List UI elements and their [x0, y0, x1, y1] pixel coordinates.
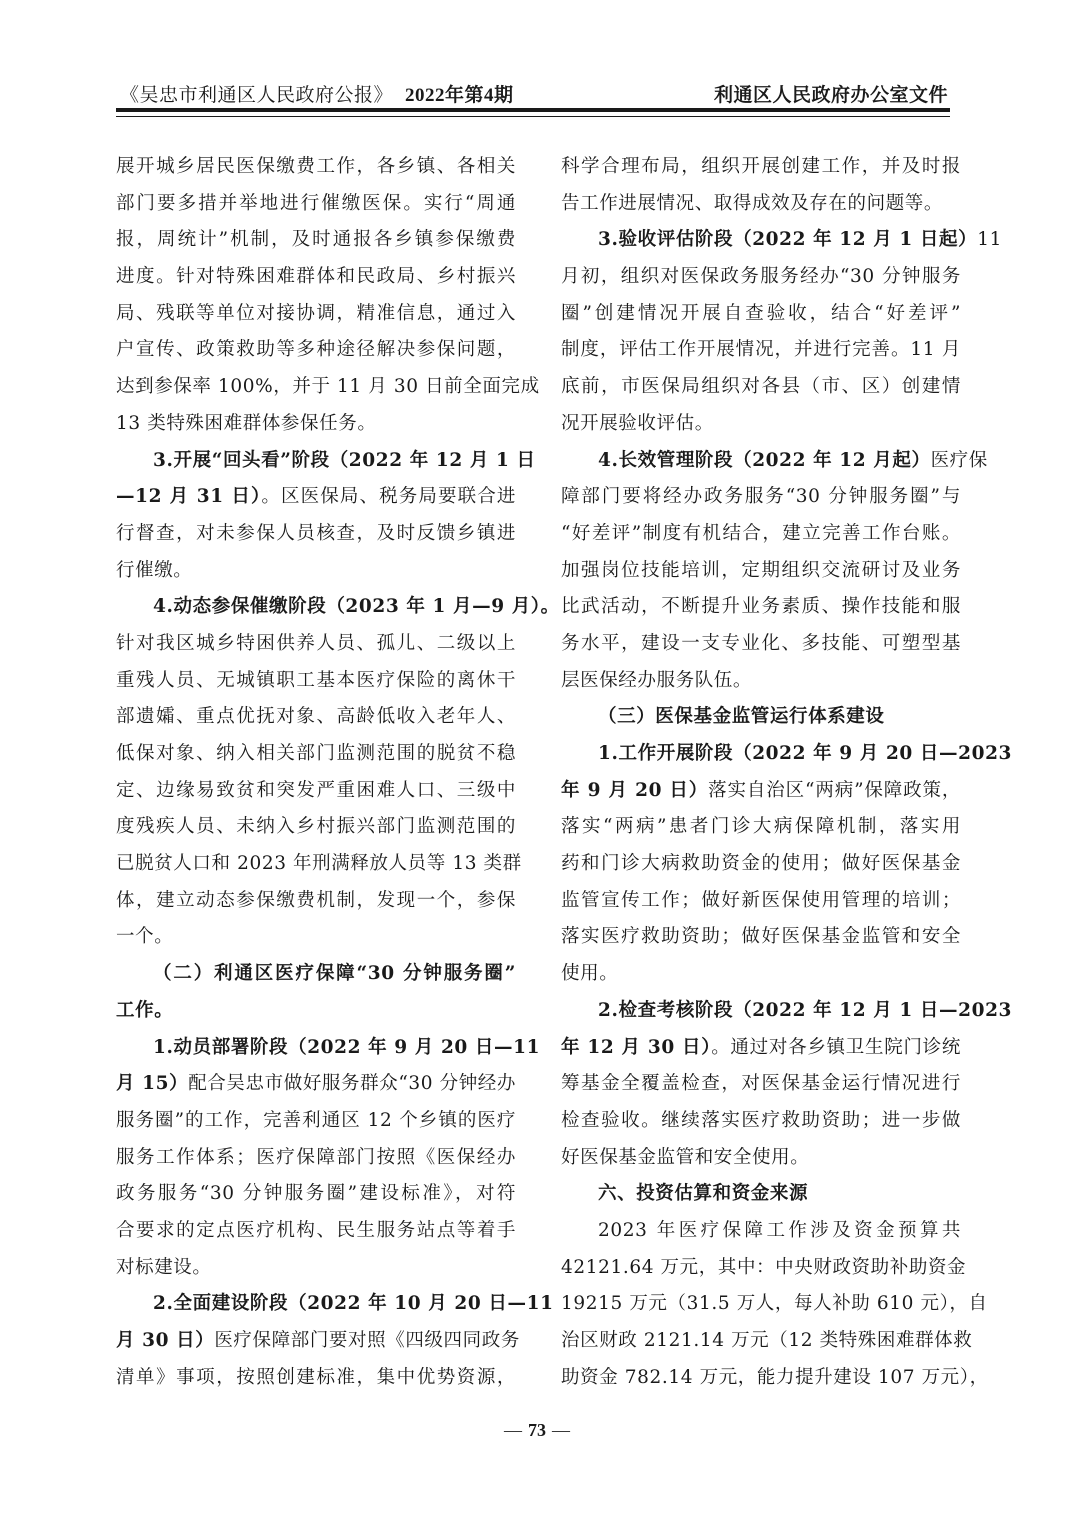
- text-line: 户宣传、政策救助等多种途径解决参保问题，: [116, 332, 516, 369]
- body-text: 部门要多措并举地进行催缴医保。实行“周通: [116, 193, 516, 214]
- header-department: 利通区人民政府办公室文件: [714, 80, 948, 107]
- body-text: 助资金 782.14 万元，能力提升建设 107 万元），: [561, 1367, 989, 1388]
- body-text: 月初，组织对医保政务服务经办“30 分钟服务: [561, 266, 961, 287]
- header-publication: 《吴忠市利通区人民政府公报》2022年第4期: [120, 80, 514, 107]
- text-line: （三）医保基金监管运行体系建设: [561, 699, 961, 736]
- body-text: 加强岗位技能培训，定期组织交流研讨及业务: [561, 560, 961, 581]
- text-line: 2023 年医疗保障工作涉及资金预算共: [561, 1213, 961, 1250]
- body-text: 务水平，建设一支专业化、多技能、可塑型基: [561, 633, 961, 654]
- text-line: 六、投资估算和资金来源: [561, 1176, 961, 1213]
- text-line: 科学合理布局，组织开展创建工作，并及时报: [561, 149, 961, 186]
- body-text: 体，建立动态参保缴费机制，发现一个，参保: [116, 890, 516, 911]
- header-rule-thin: [116, 116, 950, 117]
- bold-heading-text: 六、投资估算和资金来源: [598, 1183, 808, 1204]
- bold-heading-text: 1.工作开展阶段（2022 年 9 月 20 日—2023: [598, 743, 1012, 764]
- body-text: 对标建设。: [116, 1257, 212, 1278]
- text-line: 2.检查考核阶段（2022 年 12 月 1 日—2023: [561, 993, 961, 1030]
- text-line: 筹基金全覆盖检查，对医保基金运行情况进行: [561, 1066, 961, 1103]
- body-text: 。通过对各乡镇卫生院门诊统: [711, 1037, 961, 1058]
- body-text: 2023 年医疗保障工作涉及资金预算共: [598, 1220, 961, 1241]
- body-text: 药和门诊大病救助资金的使用；做好医保基金: [561, 853, 961, 874]
- page-number: 73: [528, 1420, 546, 1440]
- text-line: 3.验收评估阶段（2022 年 12 月 1 日起）11: [561, 222, 961, 259]
- text-line: 检查验收。继续落实医疗救助资助；进一步做: [561, 1103, 961, 1140]
- body-text: 医疗保: [931, 450, 988, 471]
- bold-heading-text: 月 30 日）: [116, 1330, 214, 1351]
- text-line: 政务服务“30 分钟服务圈”建设标准》，对符: [116, 1176, 516, 1213]
- body-text: 行催缴。: [116, 560, 192, 581]
- text-line: 13 类特殊困难群体参保任务。: [116, 406, 516, 443]
- text-line: 行催缴。: [116, 553, 516, 590]
- body-text: 服务圈”的工作，完善利通区 12 个乡镇的医疗: [116, 1110, 516, 1131]
- body-text: 。区医保局、税务局要联合进: [261, 486, 516, 507]
- text-line: 针对我区城乡特困供养人员、孤儿、二级以上: [116, 626, 516, 663]
- body-text: 科学合理布局，组织开展创建工作，并及时报: [561, 156, 961, 177]
- body-text: “好差评”制度有机结合，建立完善工作台账。: [561, 523, 961, 544]
- body-text: 定、边缘易致贫和突发严重困难人口、三级中: [116, 780, 516, 801]
- body-text: 配合吴忠市做好服务群众“30 分钟经办: [188, 1073, 516, 1094]
- body-text: 政务服务“30 分钟服务圈”建设标准》，对符: [116, 1183, 516, 1204]
- text-line: 治区财政 2121.14 万元（12 类特殊困难群体救: [561, 1323, 961, 1360]
- text-line: 工作。: [116, 993, 516, 1030]
- text-line: 月初，组织对医保政务服务经办“30 分钟服务: [561, 259, 961, 296]
- bold-heading-text: （三）医保基金监管运行体系建设: [598, 706, 885, 727]
- text-line: 进度。针对特殊困难群体和民政局、乡村振兴: [116, 259, 516, 296]
- text-line: 已脱贫人口和 2023 年刑满释放人员等 13 类群: [116, 846, 516, 883]
- text-line: 部遗孀、重点优抚对象、高龄低收入老年人、: [116, 699, 516, 736]
- body-text: 治区财政 2121.14 万元（12 类特殊困难群体救: [561, 1330, 972, 1351]
- body-text: 度残疾人员、未纳入乡村振兴部门监测范围的: [116, 816, 516, 837]
- body-text: 落实“两病”患者门诊大病保障机制，落实用: [561, 816, 961, 837]
- body-text: 42121.64 万元，其中：中央财政资助补助资金: [561, 1257, 966, 1278]
- body-text: 重残人员、无城镇职工基本医疗保险的离休干: [116, 670, 516, 691]
- body-text: 落实自治区“两病”保障政策，: [708, 780, 961, 801]
- body-text: 比武活动，不断提升业务素质、操作技能和服: [561, 596, 961, 617]
- bold-heading-text: 3.开展“回头看”阶段（2022 年 12 月 1 日: [153, 450, 536, 471]
- text-line: 障部门要将经办政务服务“30 分钟服务圈”与: [561, 479, 961, 516]
- text-line: 助资金 782.14 万元，能力提升建设 107 万元），: [561, 1360, 961, 1397]
- text-line: 制度，评估工作开展情况，并进行完善。11 月: [561, 332, 961, 369]
- text-line: 42121.64 万元，其中：中央财政资助补助资金: [561, 1250, 961, 1287]
- text-line: 行督查，对未参保人员核查，及时反馈乡镇进: [116, 516, 516, 553]
- text-line: 局、残联等单位对接协调，精准信息，通过入: [116, 296, 516, 333]
- body-text: 圈”创建情况开展自查验收，结合“好差评”: [561, 303, 961, 324]
- issue-number: 2022年第4期: [405, 85, 514, 106]
- body-text: 检查验收。继续落实医疗救助资助；进一步做: [561, 1110, 961, 1131]
- text-line: 底前，市医保局组织对各县（市、区）创建情: [561, 369, 961, 406]
- text-line: 展开城乡居民医保缴费工作，各乡镇、各相关: [116, 149, 516, 186]
- text-line: 比武活动，不断提升业务素质、操作技能和服: [561, 589, 961, 626]
- text-line: 服务工作体系；医疗保障部门按照《医保经办: [116, 1140, 516, 1177]
- body-text: 户宣传、政策救助等多种途径解决参保问题，: [116, 339, 516, 360]
- bold-heading-text: 月 15）: [116, 1073, 188, 1094]
- text-line: 4.长效管理阶段（2022 年 12 月起）医疗保: [561, 443, 961, 480]
- bold-heading-text: 工作。: [116, 1000, 173, 1021]
- body-text: 行督查，对未参保人员核查，及时反馈乡镇进: [116, 523, 516, 544]
- text-line: 4.动态参保催缴阶段（2023 年 1 月—9 月）。: [116, 589, 516, 626]
- bold-heading-text: 4.长效管理阶段（2022 年 12 月起）: [598, 450, 931, 471]
- bold-heading-text: 1.动员部署阶段（2022 年 9 月 20 日—11: [153, 1037, 540, 1058]
- body-text: 展开城乡居民医保缴费工作，各乡镇、各相关: [116, 156, 516, 177]
- body-text: 筹基金全覆盖检查，对医保基金运行情况进行: [561, 1073, 961, 1094]
- body-text: 一个。: [116, 926, 173, 947]
- body-text: 告工作进展情况、取得成效及存在的问题等。: [561, 193, 943, 214]
- text-line: 层医保经办服务队伍。: [561, 663, 961, 700]
- body-text: 落实医疗救助资助；做好医保基金监管和安全: [561, 926, 961, 947]
- text-line: —12 月 31 日）。区医保局、税务局要联合进: [116, 479, 516, 516]
- text-line: 对标建设。: [116, 1250, 516, 1287]
- text-line: 况开展验收评估。: [561, 406, 961, 443]
- text-line: 务水平，建设一支专业化、多技能、可塑型基: [561, 626, 961, 663]
- body-text: 低保对象、纳入相关部门监测范围的脱贫不稳: [116, 743, 516, 764]
- text-line: 19215 万元（31.5 万人，每人补助 610 元），自: [561, 1286, 961, 1323]
- body-text: 障部门要将经办政务服务“30 分钟服务圈”与: [561, 486, 961, 507]
- footer-dash-left: —: [504, 1420, 522, 1440]
- text-line: 加强岗位技能培训，定期组织交流研讨及业务: [561, 553, 961, 590]
- text-line: 重残人员、无城镇职工基本医疗保险的离休干: [116, 663, 516, 700]
- text-line: 药和门诊大病救助资金的使用；做好医保基金: [561, 846, 961, 883]
- body-text: 报，周统计”机制，及时通报各乡镇参保缴费: [116, 229, 516, 250]
- right-column: 科学合理布局，组织开展创建工作，并及时报告工作进展情况、取得成效及存在的问题等。…: [561, 149, 961, 1396]
- bold-heading-text: 年 12 月 30 日）: [561, 1037, 711, 1058]
- body-text: 医疗保障部门要对照《四级四同政务: [214, 1330, 520, 1351]
- body-text: 达到参保率 100%，并于 11 月 30 日前全面完成: [116, 376, 540, 397]
- text-line: 月 15）配合吴忠市做好服务群众“30 分钟经办: [116, 1066, 516, 1103]
- page-footer: —73—: [0, 1420, 1074, 1441]
- body-text: 制度，评估工作开展情况，并进行完善。11 月: [561, 339, 961, 360]
- text-line: 服务圈”的工作，完善利通区 12 个乡镇的医疗: [116, 1103, 516, 1140]
- body-text: 好医保基金监管和安全使用。: [561, 1147, 809, 1168]
- text-line: 合要求的定点医疗机构、民生服务站点等着手: [116, 1213, 516, 1250]
- footer-dash-right: —: [552, 1420, 570, 1440]
- text-line: 使用。: [561, 956, 961, 993]
- bold-heading-text: 4.动态参保催缴阶段（2023 年 1 月—9 月）。: [153, 596, 560, 617]
- body-text: 已脱贫人口和 2023 年刑满释放人员等 13 类群: [116, 853, 522, 874]
- text-line: 圈”创建情况开展自查验收，结合“好差评”: [561, 296, 961, 333]
- text-line: 清单》事项，按照创建标准，集中优势资源，: [116, 1360, 516, 1397]
- text-line: 低保对象、纳入相关部门监测范围的脱贫不稳: [116, 736, 516, 773]
- text-line: 年 12 月 30 日）。通过对各乡镇卫生院门诊统: [561, 1030, 961, 1067]
- bold-heading-text: 2.检查考核阶段（2022 年 12 月 1 日—2023: [598, 1000, 1012, 1021]
- bold-heading-text: 2.全面建设阶段（2022 年 10 月 20 日—11: [153, 1293, 554, 1314]
- body-text: 况开展验收评估。: [561, 413, 714, 434]
- text-line: 年 9 月 20 日）落实自治区“两病”保障政策，: [561, 773, 961, 810]
- text-line: “好差评”制度有机结合，建立完善工作台账。: [561, 516, 961, 553]
- text-line: 报，周统计”机制，及时通报各乡镇参保缴费: [116, 222, 516, 259]
- bold-heading-text: 年 9 月 20 日）: [561, 780, 708, 801]
- body-text: 进度。针对特殊困难群体和民政局、乡村振兴: [116, 266, 516, 287]
- text-line: 1.工作开展阶段（2022 年 9 月 20 日—2023: [561, 736, 961, 773]
- text-line: 一个。: [116, 919, 516, 956]
- body-text: 使用。: [561, 963, 618, 984]
- body-text: 清单》事项，按照创建标准，集中优势资源，: [116, 1367, 516, 1388]
- bold-heading-text: 3.验收评估阶段（2022 年 12 月 1 日起）: [598, 229, 977, 250]
- bold-heading-text: （二）利通区医疗保障“30 分钟服务圈”: [153, 963, 516, 984]
- body-text: 监管宣传工作；做好新医保使用管理的培训；: [561, 890, 961, 911]
- text-line: 1.动员部署阶段（2022 年 9 月 20 日—11: [116, 1030, 516, 1067]
- text-line: 定、边缘易致贫和突发严重困难人口、三级中: [116, 773, 516, 810]
- text-line: 落实医疗救助资助；做好医保基金监管和安全: [561, 919, 961, 956]
- text-line: 达到参保率 100%，并于 11 月 30 日前全面完成: [116, 369, 516, 406]
- body-text: 19215 万元（31.5 万人，每人补助 610 元），自: [561, 1293, 988, 1314]
- text-line: 2.全面建设阶段（2022 年 10 月 20 日—11: [116, 1286, 516, 1323]
- body-text: 11: [977, 229, 1002, 250]
- text-line: 部门要多措并举地进行催缴医保。实行“周通: [116, 186, 516, 223]
- text-line: （二）利通区医疗保障“30 分钟服务圈”: [116, 956, 516, 993]
- text-line: 落实“两病”患者门诊大病保障机制，落实用: [561, 809, 961, 846]
- left-column: 展开城乡居民医保缴费工作，各乡镇、各相关部门要多措并举地进行催缴医保。实行“周通…: [116, 149, 516, 1396]
- text-line: 月 30 日）医疗保障部门要对照《四级四同政务: [116, 1323, 516, 1360]
- text-line: 3.开展“回头看”阶段（2022 年 12 月 1 日: [116, 443, 516, 480]
- text-line: 好医保基金监管和安全使用。: [561, 1140, 961, 1177]
- body-text: 层医保经办服务队伍。: [561, 670, 752, 691]
- body-text: 底前，市医保局组织对各县（市、区）创建情: [561, 376, 961, 397]
- body-text: 针对我区城乡特困供养人员、孤儿、二级以上: [116, 633, 516, 654]
- text-line: 度残疾人员、未纳入乡村振兴部门监测范围的: [116, 809, 516, 846]
- body-text: 部遗孀、重点优抚对象、高龄低收入老年人、: [116, 706, 516, 727]
- bold-heading-text: —12 月 31 日）: [116, 486, 261, 507]
- text-line: 监管宣传工作；做好新医保使用管理的培训；: [561, 883, 961, 920]
- publication-title: 《吴忠市利通区人民政府公报》: [120, 84, 393, 106]
- body-text: 局、残联等单位对接协调，精准信息，通过入: [116, 303, 516, 324]
- text-line: 体，建立动态参保缴费机制，发现一个，参保: [116, 883, 516, 920]
- body-text: 13 类特殊困难群体参保任务。: [116, 413, 376, 434]
- header-rule-thick: [116, 108, 950, 112]
- text-line: 告工作进展情况、取得成效及存在的问题等。: [561, 186, 961, 223]
- body-text: 合要求的定点医疗机构、民生服务站点等着手: [116, 1220, 516, 1241]
- body-text: 服务工作体系；医疗保障部门按照《医保经办: [116, 1147, 516, 1168]
